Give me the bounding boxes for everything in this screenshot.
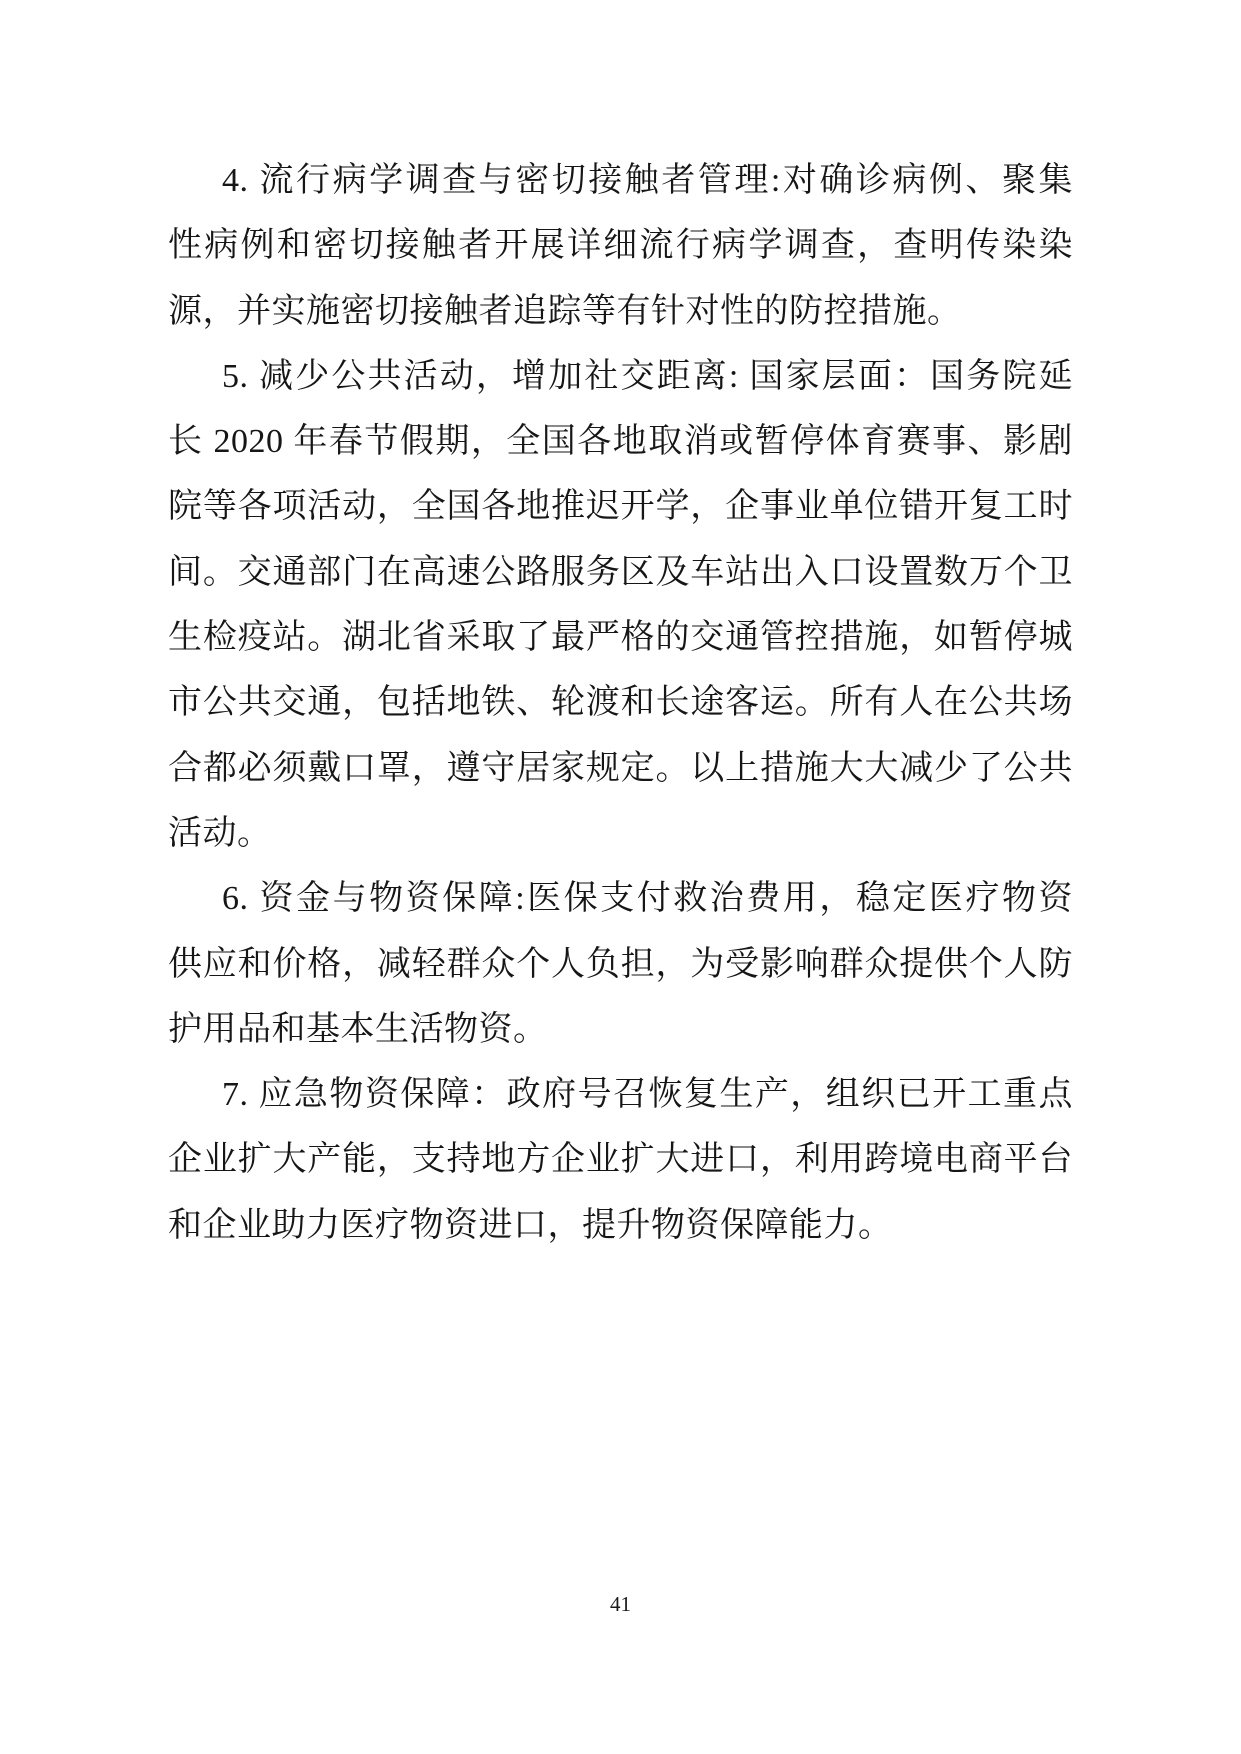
text-line: 供应和价格，减轻群众个人负担，为受影响群众提供个人防 xyxy=(168,932,1073,997)
paragraph-item-4: 4. 流行病学调查与密切接触者管理:对确诊病例、聚集 性病例和密切接触者开展详细… xyxy=(168,148,1073,344)
text-line: 6. 资金与物资保障:医保支付救治费用，稳定医疗物资 xyxy=(168,866,1073,931)
text-line: 间。交通部门在高速公路服务区及车站出入口设置数万个卫 xyxy=(168,540,1073,605)
paragraph-item-5: 5. 减少公共活动，增加社交距离: 国家层面：国务院延 长 2020 年春节假期… xyxy=(168,344,1073,866)
text-line: 市公共交通，包括地铁、轮渡和长途客运。所有人在公共场 xyxy=(168,670,1073,735)
text-line: 生检疫站。湖北省采取了最严格的交通管控措施，如暂停城 xyxy=(168,605,1073,670)
page-number: 41 xyxy=(0,1590,1241,1618)
page-body-text: 4. 流行病学调查与密切接触者管理:对确诊病例、聚集 性病例和密切接触者开展详细… xyxy=(168,148,1073,1258)
text-line: 4. 流行病学调查与密切接触者管理:对确诊病例、聚集 xyxy=(168,148,1073,213)
text-line: 院等各项活动，全国各地推迟开学，企事业单位错开复工时 xyxy=(168,474,1073,539)
text-line: 活动。 xyxy=(168,801,1073,866)
document-page: 4. 流行病学调查与密切接触者管理:对确诊病例、聚集 性病例和密切接触者开展详细… xyxy=(0,0,1241,1754)
paragraph-item-7: 7. 应急物资保障：政府号召恢复生产，组织已开工重点 企业扩大产能，支持地方企业… xyxy=(168,1062,1073,1258)
text-line: 5. 减少公共活动，增加社交距离: 国家层面：国务院延 xyxy=(168,344,1073,409)
text-line: 护用品和基本生活物资。 xyxy=(168,997,1073,1062)
text-line: 长 2020 年春节假期，全国各地取消或暂停体育赛事、影剧 xyxy=(168,409,1073,474)
text-line: 源，并实施密切接触者追踪等有针对性的防控措施。 xyxy=(168,279,1073,344)
text-line: 7. 应急物资保障：政府号召恢复生产，组织已开工重点 xyxy=(168,1062,1073,1127)
text-line: 企业扩大产能，支持地方企业扩大进口，利用跨境电商平台 xyxy=(168,1127,1073,1192)
text-line: 合都必须戴口罩，遵守居家规定。以上措施大大减少了公共 xyxy=(168,736,1073,801)
paragraph-item-6: 6. 资金与物资保障:医保支付救治费用，稳定医疗物资 供应和价格，减轻群众个人负… xyxy=(168,866,1073,1062)
text-line: 和企业助力医疗物资进口，提升物资保障能力。 xyxy=(168,1193,1073,1258)
text-line: 性病例和密切接触者开展详细流行病学调查，查明传染染 xyxy=(168,213,1073,278)
